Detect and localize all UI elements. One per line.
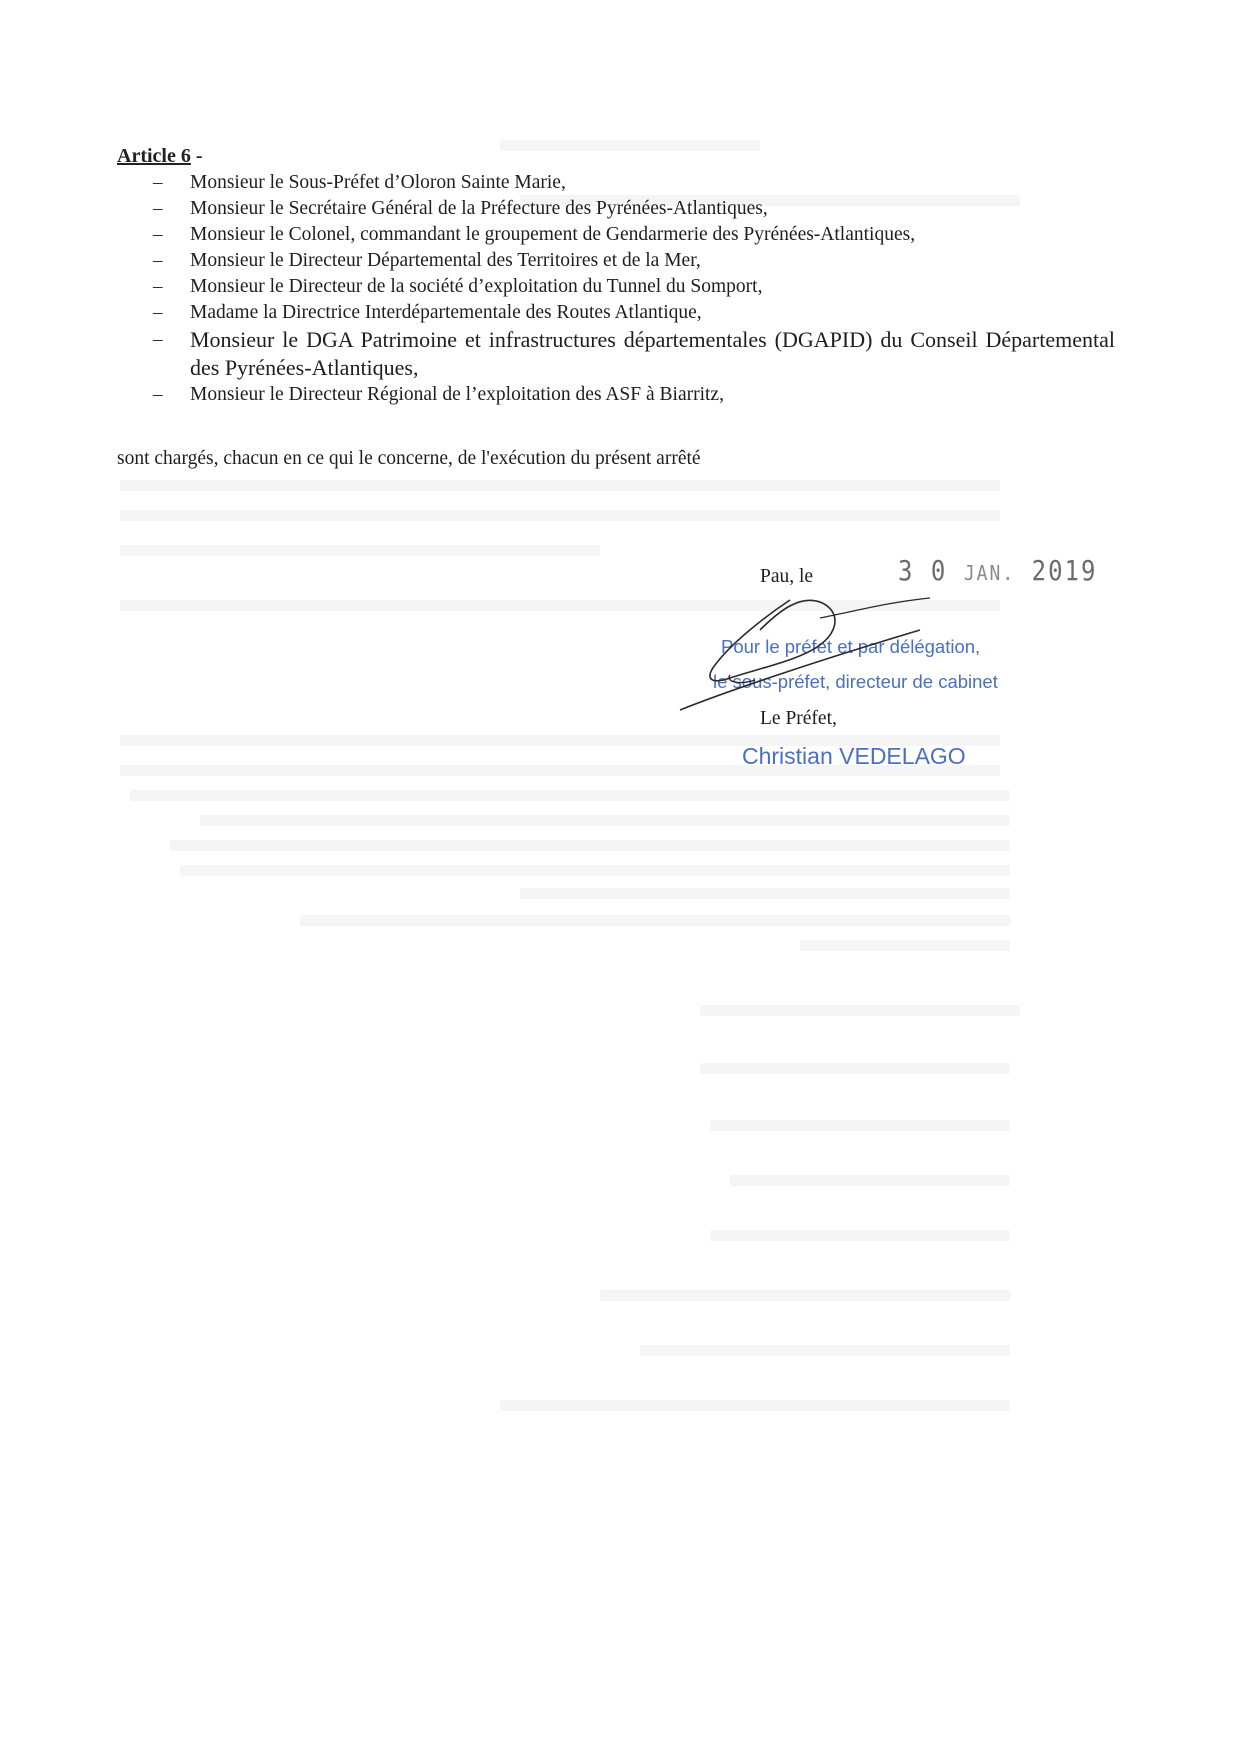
- dash-bullet: –: [153, 326, 163, 354]
- article-number: Article 6: [117, 145, 191, 167]
- date-stamp-month: JAN.: [964, 562, 1015, 586]
- date-stamp: 3 0 JAN. 2019: [898, 555, 1097, 587]
- recipient-list: –Monsieur le Sous-Préfet d’Oloron Sainte…: [117, 170, 1115, 408]
- recipient-item: –Madame la Directrice Interdépartemental…: [117, 300, 1115, 326]
- dash-bullet: –: [153, 222, 163, 248]
- dash-bullet: –: [153, 170, 163, 196]
- signatory-name: Christian VEDELAGO: [742, 743, 966, 770]
- signatory-title: Le Préfet,: [760, 708, 837, 730]
- recipient-item: –Monsieur le Directeur Régional de l’exp…: [117, 382, 1115, 408]
- recipient-item: –Monsieur le Secrétaire Général de la Pr…: [117, 196, 1115, 222]
- document-page: Article 6 - –Monsieur le Sous-Préfet d’O…: [0, 0, 1241, 1754]
- recipient-item: –Monsieur le Colonel, commandant le grou…: [117, 222, 1115, 248]
- dash-bullet: –: [153, 248, 163, 274]
- recipient-text: Madame la Directrice Interdépartementale…: [190, 302, 702, 323]
- closing-sentence: sont chargés, chacun en ce qui le concer…: [117, 448, 701, 470]
- dash-bullet: –: [153, 300, 163, 326]
- recipient-text: Monsieur le Sous-Préfet d’Oloron Sainte …: [190, 172, 566, 193]
- recipient-item: –Monsieur le Directeur de la société d’e…: [117, 274, 1115, 300]
- date-stamp-day: 3 0: [898, 555, 947, 587]
- date-stamp-year: 2019: [1032, 555, 1098, 587]
- dash-bullet: –: [153, 196, 163, 222]
- recipient-text: Monsieur le Colonel, commandant le group…: [190, 224, 915, 245]
- dash-bullet: –: [153, 382, 163, 408]
- dash-bullet: –: [153, 274, 163, 300]
- recipient-text: Monsieur le Secrétaire Général de la Pré…: [190, 198, 768, 219]
- recipient-text: Monsieur le Directeur de la société d’ex…: [190, 276, 762, 297]
- recipient-item: –Monsieur le Sous-Préfet d’Oloron Sainte…: [117, 170, 1115, 196]
- recipient-item: –Monsieur le Directeur Départemental des…: [117, 248, 1115, 274]
- article-suffix: -: [191, 145, 203, 167]
- handwritten-signature-icon: [670, 590, 950, 720]
- recipient-text: Monsieur le Directeur Départemental des …: [190, 250, 701, 271]
- recipient-item: –Monsieur le DGA Patrimoine et infrastru…: [117, 326, 1115, 382]
- recipient-text: Monsieur le Directeur Régional de l’expl…: [190, 384, 724, 405]
- article-heading: Article 6 -: [117, 145, 203, 168]
- place-label: Pau, le: [760, 566, 813, 588]
- recipient-text: Monsieur le DGA Patrimoine et infrastruc…: [190, 327, 1115, 380]
